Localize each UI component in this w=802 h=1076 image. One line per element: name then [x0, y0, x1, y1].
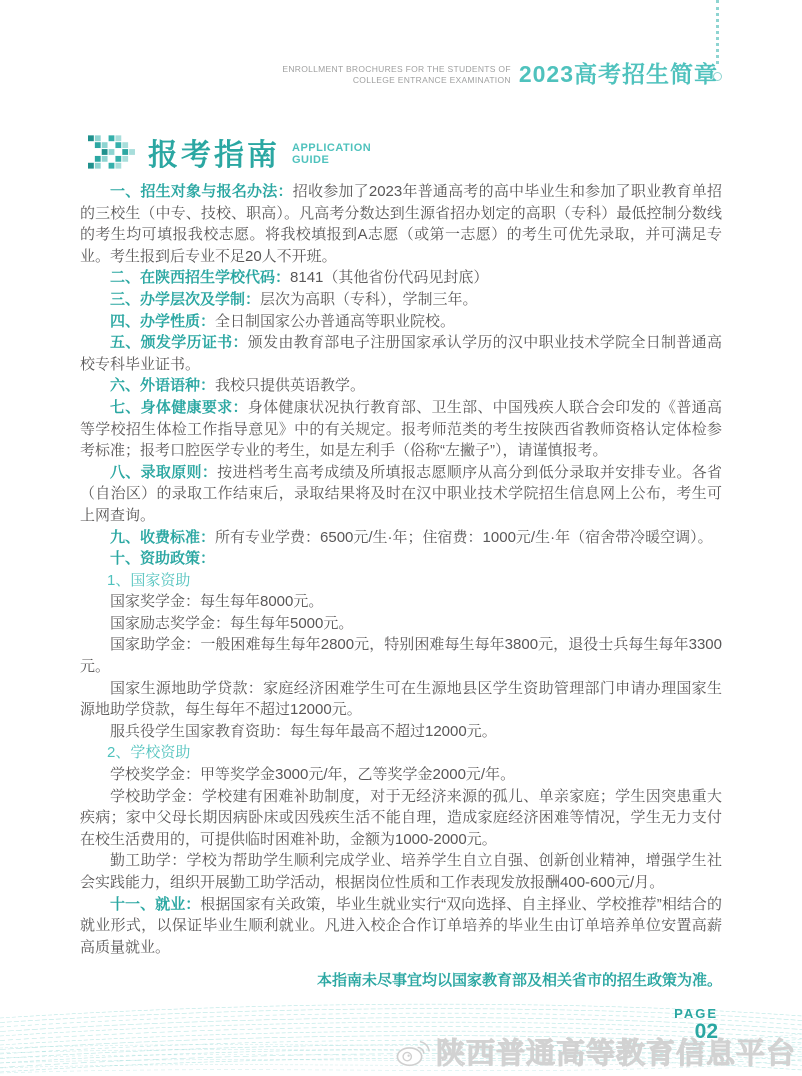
- watermark: 陕西普通高等教育信息平台: [395, 1031, 796, 1072]
- header-title: 2023高考招生简章: [519, 56, 718, 89]
- page-header: ENROLLMENT BROCHURES FOR THE STUDENTS OF…: [282, 56, 718, 89]
- paragraph-plain: 国家生源地助学贷款：家庭经济困难学生可在生源地县区学生资助管理部门申请办理国家生…: [80, 678, 722, 721]
- section-title-english: APPLICATION GUIDE: [292, 142, 371, 166]
- pixel-double-chevron-icon: [88, 135, 136, 170]
- section-title: 报考指南: [148, 130, 280, 174]
- paragraph-item: 五、颁发学历证书：颁发由教育部电子注册国家承认学历的汉中职业技术学院全日制普通高…: [80, 332, 722, 375]
- item-label: 五、颁发学历证书：: [110, 334, 248, 351]
- paragraph-item: 二、在陕西招生学校代码：8141（其他省份代码见封底）: [80, 267, 722, 289]
- page-number: 02: [674, 1021, 718, 1043]
- page-number-block: PAGE 02: [674, 1006, 718, 1043]
- dotted-line-decoration: [716, 0, 719, 64]
- paragraph-item: 七、身体健康要求：身体健康状况执行教育部、卫生部、中国残疾人联合会印发的《普通高…: [80, 397, 722, 462]
- paragraph-subhead: 1、国家资助: [80, 570, 722, 592]
- page-label: PAGE: [674, 1006, 718, 1021]
- paragraph-plain: 国家助学金：一般困难每生每年2800元，特别困难每生每年3800元，退役士兵每生…: [80, 634, 722, 677]
- section-english-line2: GUIDE: [292, 154, 371, 166]
- paragraph-item: 九、收费标准：所有专业学费：6500元/生·年；住宿费：1000元/生·年（宿舍…: [80, 527, 722, 549]
- item-label: 四、办学性质：: [110, 313, 215, 330]
- paragraph-plain: 国家励志奖学金：每生每年5000元。: [80, 613, 722, 635]
- content-list: 一、招生对象与报名办法：招收参加了2023年普通高考的高中毕业生和参加了职业教育…: [80, 181, 722, 992]
- section-english-line1: APPLICATION: [292, 142, 371, 154]
- paragraph-plain: 勤工助学：学校为帮助学生顺利完成学业、培养学生自立自强、创新创业精神，增强学生社…: [80, 850, 722, 893]
- paragraph-item: 六、外语语种：我校只提供英语教学。: [80, 375, 722, 397]
- item-label: 六、外语语种：: [110, 377, 215, 394]
- paragraph-subhead: 2、学校资助: [80, 742, 722, 764]
- item-label: 八、录取原则：: [110, 464, 217, 481]
- header-english-line1: ENROLLMENT BROCHURES FOR THE STUDENTS OF: [282, 64, 510, 75]
- header-english-text: ENROLLMENT BROCHURES FOR THE STUDENTS OF…: [282, 64, 510, 89]
- paragraph-plain: 国家奖学金：每生每年8000元。: [80, 591, 722, 613]
- item-label: 二、在陕西招生学校代码：: [110, 269, 290, 286]
- header-english-line2: COLLEGE ENTRANCE EXAMINATION: [282, 75, 510, 86]
- paragraph-item: 十一、就业：根据国家有关政策，毕业生就业实行“双向选择、自主择业、学校推荐”相结…: [80, 894, 722, 959]
- closing-note: 本指南未尽事宜均以国家教育部及相关省市的招生政策为准。: [80, 970, 722, 992]
- item-label: 三、办学层次及学制：: [110, 291, 260, 308]
- paragraph-item: 三、办学层次及学制：层次为高职（专科），学制三年。: [80, 289, 722, 311]
- paragraph-item: 一、招生对象与报名办法：招收参加了2023年普通高考的高中毕业生和参加了职业教育…: [80, 181, 722, 267]
- item-label: 七、身体健康要求：: [110, 399, 248, 416]
- watermark-text: 陕西普通高等教育信息平台: [436, 1031, 796, 1072]
- brochure-page: ENROLLMENT BROCHURES FOR THE STUDENTS OF…: [0, 0, 802, 1076]
- item-label: 十一、就业：: [110, 896, 200, 913]
- item-label: 九、收费标准：: [110, 529, 215, 546]
- paragraph-plain: 服兵役学生国家教育资助：每生每年最高不超过12000元。: [80, 721, 722, 743]
- paragraph-plain: 学校助学金：学校建有困难补助制度，对于无经济来源的孤儿、单亲家庭；学生因突患重大…: [80, 786, 722, 851]
- paragraph-item: 十、资助政策：: [80, 548, 722, 570]
- paragraph-item: 四、办学性质：全日制国家公办普通高等职业院校。: [80, 311, 722, 333]
- item-label: 一、招生对象与报名办法：: [110, 183, 293, 200]
- section-title-row: 报考指南 APPLICATION GUIDE: [88, 130, 371, 174]
- weibo-icon: [395, 1037, 431, 1067]
- paragraph-item: 八、录取原则：按进档考生高考成绩及所填报志愿顺序从高分到低分录取并安排专业。各省…: [80, 462, 722, 527]
- paragraph-plain: 学校奖学金：甲等奖学金3000元/年，乙等奖学金2000元/年。: [80, 764, 722, 786]
- item-label: 十、资助政策：: [110, 550, 215, 567]
